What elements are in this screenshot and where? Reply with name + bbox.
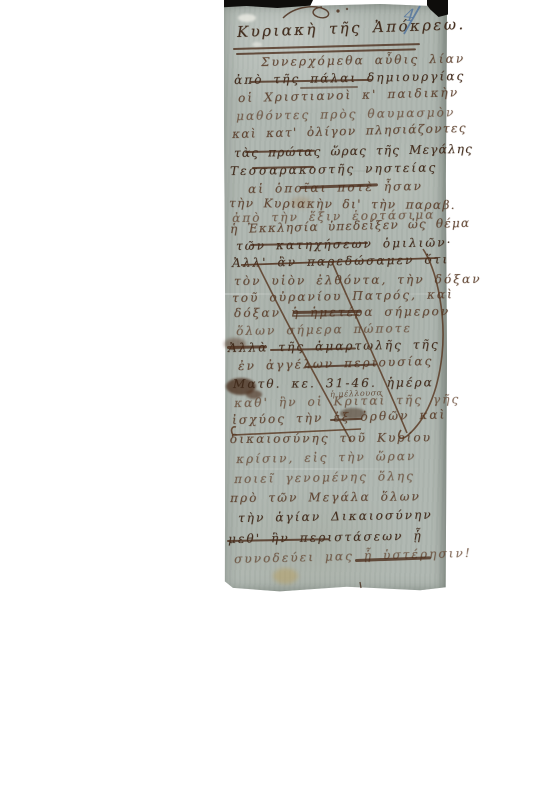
handwritten-line: δικαιοσύνης τοῦ Κυρίου (230, 430, 432, 446)
handwritten-line scripture-reference: Ματθ. κε. 31-46. ἡμέρα (233, 375, 434, 391)
interlinear-note: ἡ μέλλουσα (330, 388, 383, 399)
scan-background: 4 Κυριακὴ τῆς Ἀπόκρεω. Συνερχόμεθα αὖθις… (0, 0, 549, 800)
handwritten-line: πρὸ τῶν Μεγάλα ὅλων (230, 489, 421, 505)
handwritten-line: τὸν υἱὸν ἐλθόντα, τὴν δόξαν (234, 272, 482, 288)
